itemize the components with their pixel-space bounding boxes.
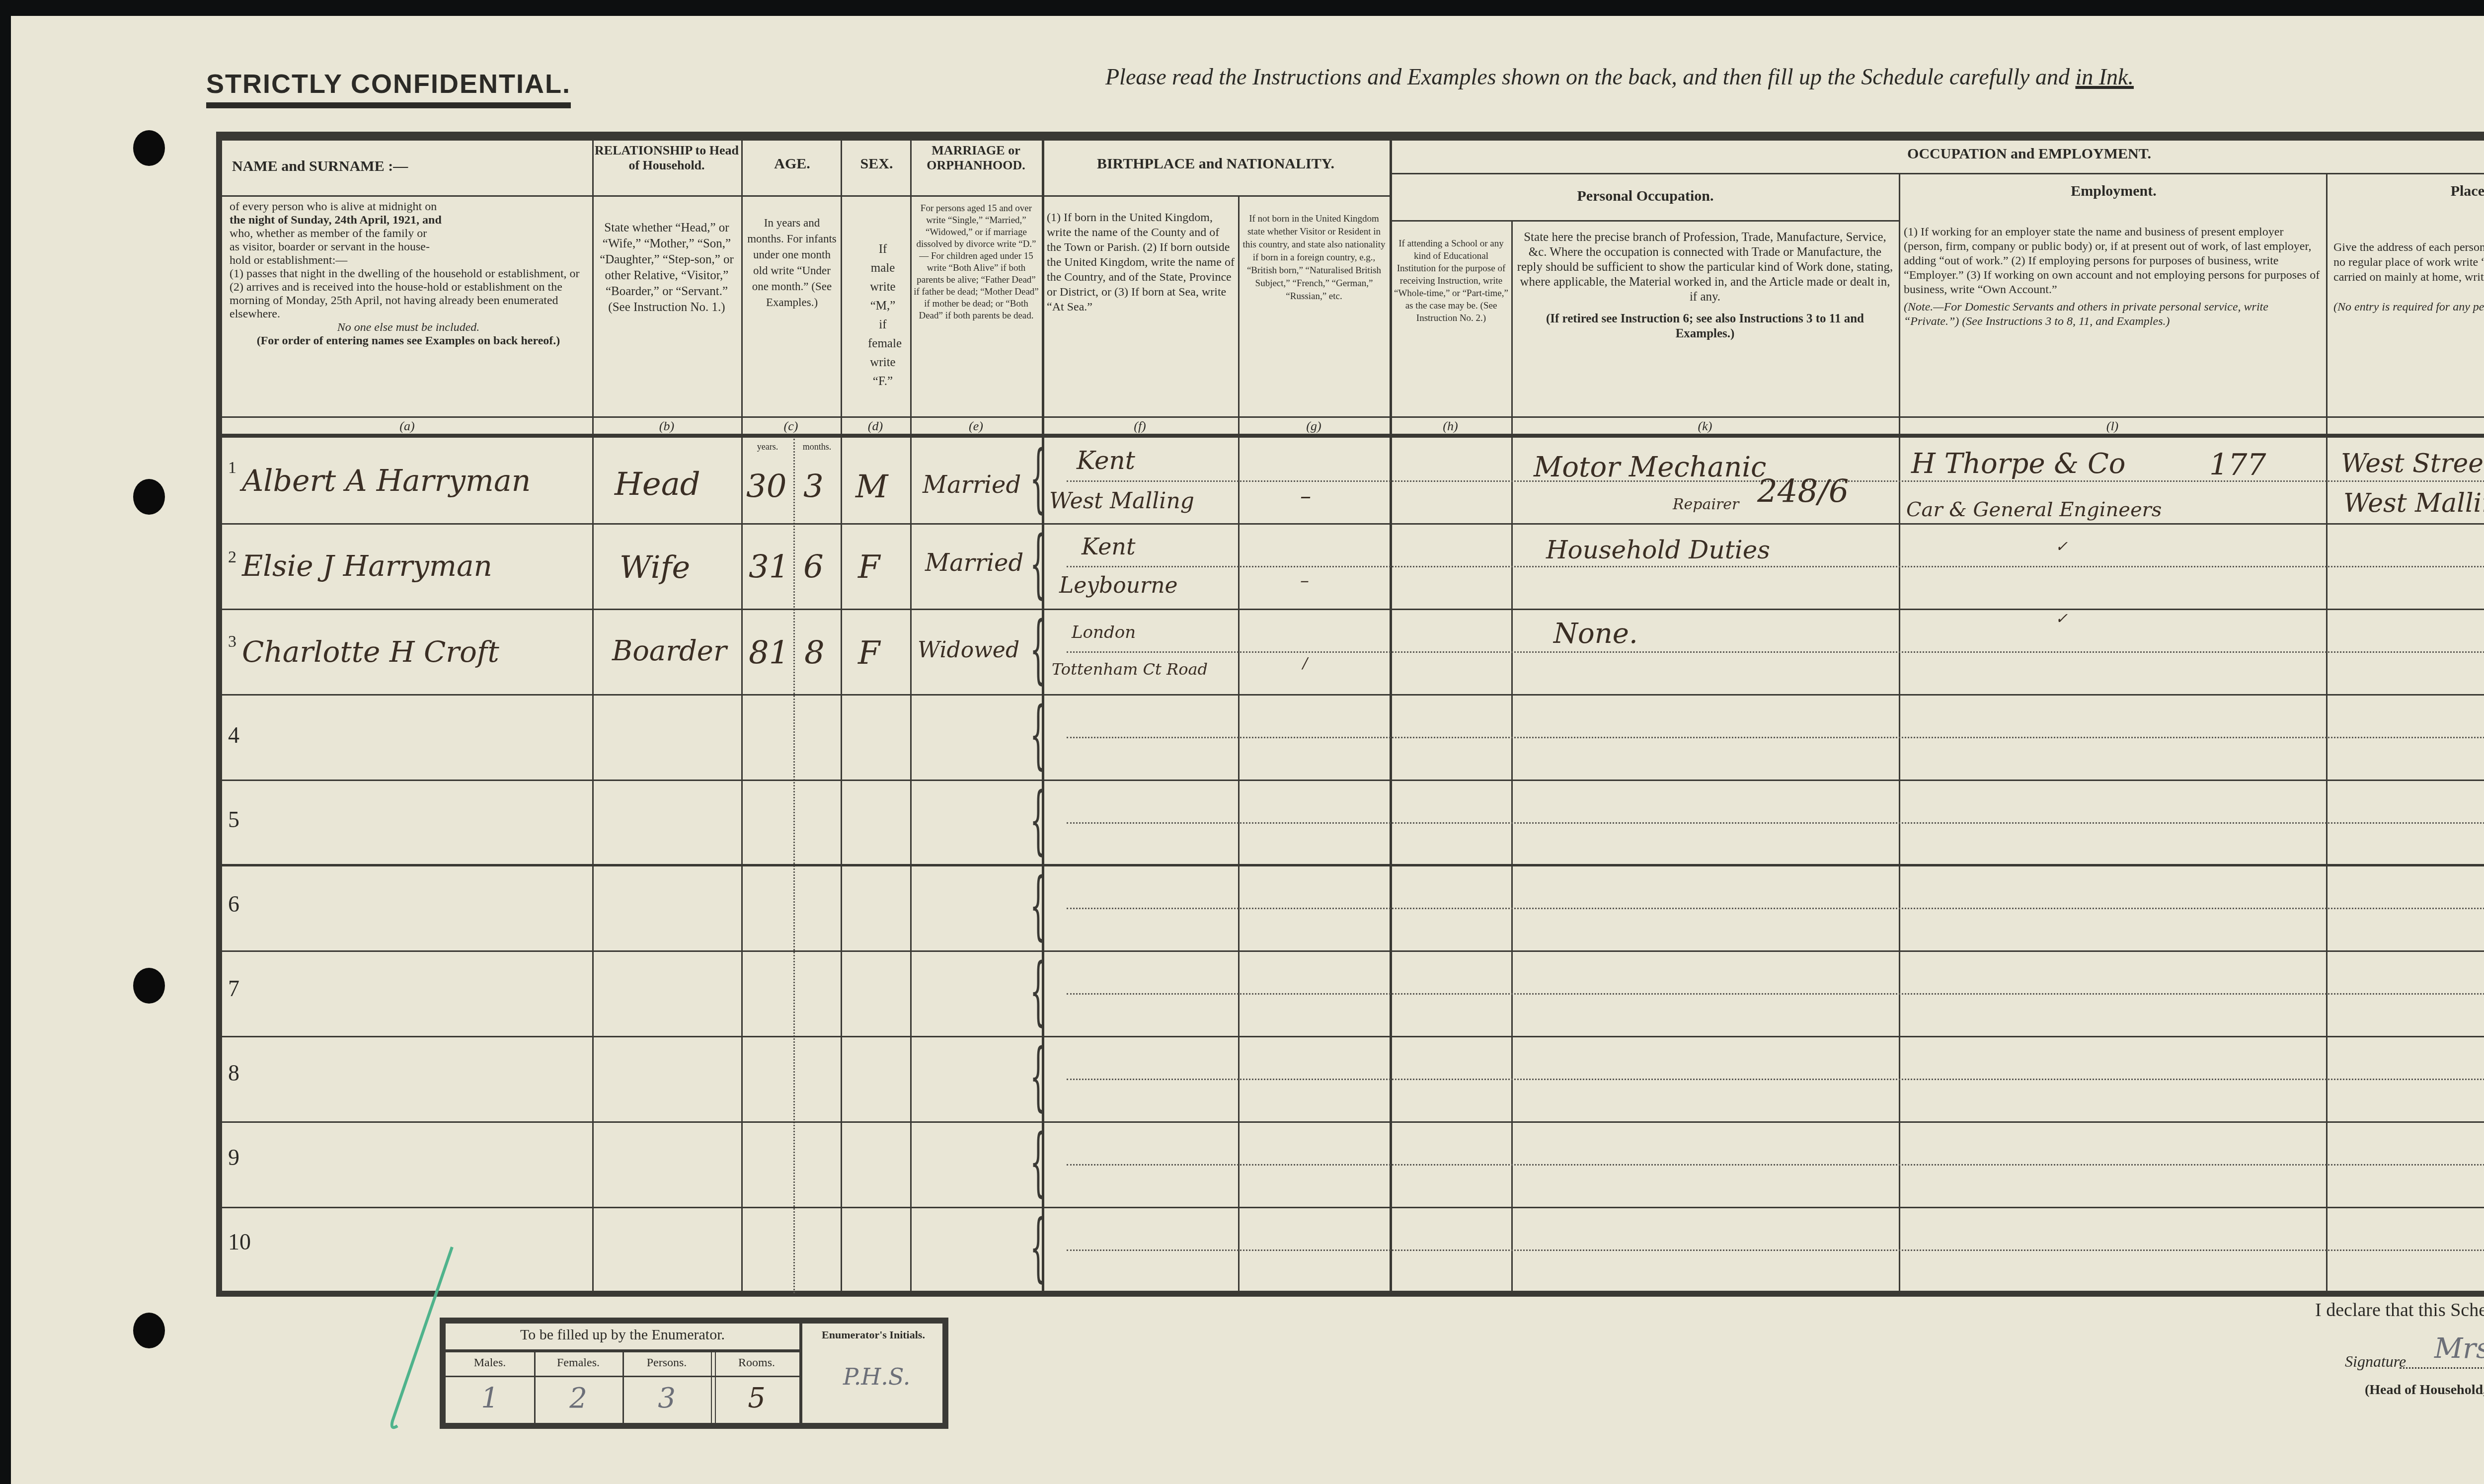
row-number: 8 — [228, 1060, 239, 1086]
row1-employer-code: 177 — [2209, 448, 2266, 482]
header-name-surname: NAME and SURNAME :— — [232, 158, 408, 175]
row2-age-months[interactable]: 6 — [803, 549, 824, 586]
row1-marriage[interactable]: Married — [923, 471, 1021, 499]
row2-name[interactable]: Elsie J Harryman — [242, 549, 492, 583]
row2-marriage[interactable]: Married — [925, 549, 1023, 577]
row2-relationship[interactable]: Wife — [620, 549, 690, 585]
brace-icon: { — [1030, 868, 1046, 943]
punch-hole — [133, 1313, 165, 1348]
enumerator-initials-label: Enumerator's Initials. — [804, 1328, 942, 1341]
row1-workplace-line2[interactable]: West Malling — [2343, 488, 2484, 518]
instruction-text: Please read the Instructions and Example… — [1105, 64, 2070, 89]
row1-occupation-code: 248/6 — [1757, 473, 1849, 510]
persons-label: Persons. — [622, 1356, 711, 1370]
brace-icon: { — [1030, 1210, 1046, 1285]
census-table: NAME and SURNAME :— RELATIONSHIP to Head… — [216, 132, 2484, 1297]
document-title: STRICTLY CONFIDENTIAL. — [206, 69, 571, 108]
persons-value[interactable]: 3 — [622, 1382, 711, 1414]
row1-birth-town[interactable]: West Malling — [1049, 488, 1194, 514]
row1-relationship[interactable]: Head — [615, 466, 700, 503]
row2-nationality[interactable]: – — [1300, 570, 1309, 591]
rooms-value[interactable]: 5 — [714, 1382, 799, 1414]
row-number: 10 — [228, 1229, 251, 1255]
column-letter-l: (l) — [1899, 419, 2326, 434]
row2-sex[interactable]: F — [858, 549, 880, 586]
column-letter-c: (c) — [741, 419, 841, 434]
row1-sex[interactable]: M — [855, 469, 888, 505]
row1-employer-line2[interactable]: Car & General Engineers — [1906, 498, 2162, 521]
instruction-education-h: If attending a School or any kind of Edu… — [1394, 237, 1509, 324]
row3-marriage[interactable]: Widowed — [918, 637, 1019, 663]
header-birthplace: BIRTHPLACE and NATIONALITY. — [1044, 156, 1387, 172]
punch-hole — [133, 130, 165, 166]
signature-note: (Head of Household, Manager of Establish… — [2365, 1382, 2484, 1398]
row-number: 4 — [228, 722, 239, 748]
brace-icon: { — [1030, 1125, 1046, 1199]
row3-nationality[interactable]: / — [1303, 655, 1308, 672]
signature-label: Signature — [2345, 1352, 2406, 1370]
row3-age-years[interactable]: 81 — [749, 635, 789, 672]
row-number: 5 — [228, 806, 239, 833]
punch-hole — [133, 479, 165, 515]
row-number: 6 — [228, 891, 239, 917]
brace-icon: { — [1030, 527, 1046, 601]
header-personal-occupation: Personal Occupation. — [1392, 188, 1899, 205]
column-letter-g: (g) — [1238, 419, 1390, 434]
row1-workplace[interactable]: West Street — [2341, 449, 2484, 478]
header-place-of-work: Place of Work. — [2329, 183, 2484, 200]
row2-occupation[interactable]: Household Duties — [1546, 536, 1770, 564]
row3-occupation[interactable]: None. — [1553, 618, 1638, 650]
row3-birth-county[interactable]: London — [1072, 623, 1136, 642]
row-number: 7 — [228, 975, 239, 1002]
enumerator-box-header: To be filled up by the Enumerator. — [446, 1327, 799, 1343]
column-letter-m: (m) — [2326, 419, 2484, 434]
instruction-name: of every person who is alive at midnight… — [230, 200, 587, 348]
column-letter-e: (e) — [910, 419, 1042, 434]
row1-occupation-line2[interactable]: Repairer — [1673, 496, 1739, 513]
column-letter-a: (a) — [222, 419, 592, 434]
row1-age-months[interactable]: 3 — [803, 469, 824, 505]
enumerator-initials-value[interactable]: P.H.S. — [843, 1363, 910, 1390]
instruction-occupation-k: State here the precise branch of Profess… — [1516, 230, 1894, 341]
age-subheader-months: months. — [793, 440, 841, 454]
row1-nationality[interactable]: – — [1300, 483, 1311, 509]
column-letter-k: (k) — [1511, 419, 1899, 434]
header-occupation-employment: OCCUPATION and EMPLOYMENT. — [1392, 146, 2484, 162]
brace-icon: { — [1030, 441, 1046, 516]
green-check-icon — [373, 1242, 472, 1441]
females-label: Females. — [534, 1356, 622, 1370]
instruction-nationality-g: If not born in the United Kingdom state … — [1242, 213, 1387, 303]
row3-relationship[interactable]: Boarder — [612, 635, 727, 667]
row1-birth-county[interactable]: Kent — [1077, 446, 1135, 475]
row3-age-months[interactable]: 8 — [804, 635, 825, 672]
header-relationship: RELATIONSHIP to Head of Household. — [595, 143, 739, 173]
header-age: AGE. — [744, 156, 841, 172]
row-number: 2 — [228, 548, 236, 567]
brace-icon: { — [1030, 612, 1046, 687]
brace-icon: { — [1030, 698, 1046, 772]
row2-birth-town[interactable]: Leybourne — [1059, 573, 1178, 598]
instruction-sex: If male write “M,” if female write “F.” — [868, 240, 898, 391]
row-number: 3 — [228, 632, 236, 651]
instruction-age: In years and months. For infants under o… — [745, 215, 839, 311]
column-letter-f: (f) — [1042, 419, 1238, 434]
header-marriage: MARRIAGE or ORPHANHOOD. — [913, 143, 1039, 173]
instruction-relationship: State whether “Head,” or “Wife,” “Mother… — [597, 220, 736, 315]
row3-name[interactable]: Charlotte H Croft — [242, 635, 499, 669]
column-letter-h: (h) — [1390, 419, 1511, 434]
row1-name[interactable]: Albert A Harryman — [242, 464, 531, 498]
row3-employer[interactable]: ✓ — [2055, 610, 2068, 627]
column-letter-d: (d) — [841, 419, 910, 434]
signature-line: Signature Mrs E J Harryman — [2345, 1352, 2484, 1371]
row2-age-years[interactable]: 31 — [749, 549, 789, 586]
instruction-line: Please read the Instructions and Example… — [1105, 64, 2134, 90]
row3-birth-town[interactable]: Tottenham Ct Road — [1052, 660, 1208, 679]
row1-employer[interactable]: H Thorpe & Co — [1911, 448, 2126, 480]
females-value[interactable]: 2 — [534, 1382, 622, 1414]
row2-birth-county[interactable]: Kent — [1082, 533, 1135, 560]
brace-icon: { — [1030, 783, 1046, 858]
row3-sex[interactable]: F — [858, 635, 880, 672]
row1-occupation[interactable]: Motor Mechanic — [1534, 451, 1766, 483]
age-subheader-years: years. — [743, 440, 792, 454]
column-letter-b: (b) — [592, 419, 741, 434]
header-sex: SEX. — [843, 156, 910, 172]
brace-icon: { — [1030, 954, 1046, 1028]
row-number: 9 — [228, 1144, 239, 1171]
instruction-place-of-work-m: Give the address of each person's place … — [2333, 240, 2484, 314]
instruction-marriage: For persons aged 15 and over write “Sing… — [914, 203, 1039, 322]
instruction-employment-l: (1) If working for an employer state the… — [1904, 225, 2324, 329]
header-employment: Employment. — [1901, 183, 2326, 200]
instruction-ink-emphasis: in Ink. — [2075, 64, 2134, 89]
enumerator-totals-box: To be filled up by the Enumerator. Enume… — [440, 1318, 948, 1429]
brace-icon: { — [1030, 1039, 1046, 1114]
signature-value[interactable]: Mrs E J Harryman — [2434, 1332, 2484, 1365]
instruction-birthplace-f: (1) If born in the United Kingdom, write… — [1047, 210, 1236, 314]
row2-employer[interactable]: ✓ — [2055, 538, 2068, 555]
declaration-text: I declare that this Schedule is correctl… — [2315, 1299, 2484, 1321]
row-number: 1 — [228, 459, 236, 477]
row1-age-years[interactable]: 30 — [746, 469, 786, 505]
rooms-label: Rooms. — [714, 1356, 799, 1370]
punch-hole — [133, 968, 165, 1004]
